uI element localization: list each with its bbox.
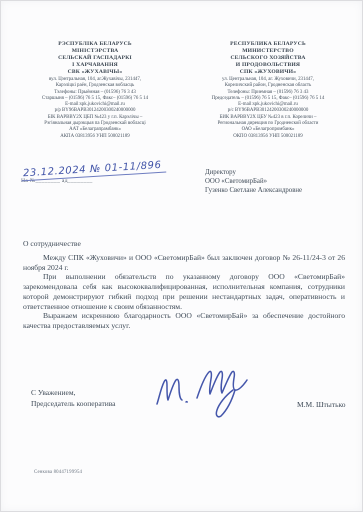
letter-body: Между СПК «Жуховичи» и ООО «СветомирБай»… bbox=[23, 253, 345, 331]
closing-block: С Уважением, Председатель кооператива bbox=[31, 388, 116, 409]
letterhead-title-line: СЕЛЬСКАЙ ГАСПАДАРКІ bbox=[13, 55, 177, 62]
letterhead-title-line: МИНИСТЕРСТВО bbox=[186, 48, 350, 55]
letterhead-detail-line: АКПА 03813956 УНП 500021189 bbox=[13, 134, 177, 140]
letterhead-title-line: И ПРОДОВОЛЬСТВИЯ bbox=[186, 62, 350, 69]
letterhead-right: РЕСПУБЛИКА БЕЛАРУСЬ МИНИСТЕРСТВО СЕЛЬСКО… bbox=[186, 41, 350, 140]
body-paragraph: Выражаем искреннюю благодарность ООО «Св… bbox=[23, 311, 345, 330]
letterhead-title-line: СПК «ЖУХОВИЧИ» bbox=[186, 69, 350, 76]
addressee-person: Гузенко Светлане Александровне bbox=[205, 187, 357, 196]
subject-line: О сотрудничестве bbox=[23, 239, 81, 248]
letterhead-right-details: ул. Центральная, 104, аг. Жуховичи, 2314… bbox=[186, 77, 350, 140]
closing-line: Председатель кооператива bbox=[31, 399, 116, 410]
letter-page: РЭСПУБЛІКА БЕЛАРУСЬ МІНІСТЭРСТВА СЕЛЬСКА… bbox=[0, 0, 363, 512]
letterhead-title-line: І ХАРЧАВАННЯ bbox=[13, 62, 177, 69]
letterhead-detail-line: ОКПО 03813956 УНП 500021189 bbox=[186, 134, 350, 140]
letterhead-left-title: РЭСПУБЛІКА БЕЛАРУСЬ МІНІСТЭРСТВА СЕЛЬСКА… bbox=[13, 41, 177, 76]
handwritten-signature bbox=[149, 358, 261, 420]
letterhead-left: РЭСПУБЛІКА БЕЛАРУСЬ МІНІСТЭРСТВА СЕЛЬСКА… bbox=[13, 41, 177, 140]
executor-contact: Сенкова 80447199954 bbox=[34, 470, 82, 475]
addressee-company: ООО «СветомирБай» bbox=[205, 178, 357, 187]
body-paragraph: При выполнении обязательств по указанном… bbox=[23, 272, 345, 311]
letterhead: РЭСПУБЛІКА БЕЛАРУСЬ МІНІСТЭРСТВА СЕЛЬСКА… bbox=[13, 41, 350, 140]
letterhead-left-details: вул. Цэнтральная, 104, аг.Жухавічы, 2314… bbox=[13, 77, 177, 140]
letterhead-title-line: РЭСПУБЛІКА БЕЛАРУСЬ bbox=[13, 41, 177, 48]
letterhead-title-line: СЕЛЬСКОГО ХОЗЯЙСТВА bbox=[186, 55, 350, 62]
signer-name: М.М. Штытько bbox=[297, 400, 346, 409]
closing-line: С Уважением, bbox=[31, 388, 116, 399]
letterhead-title-line: МІНІСТЭРСТВА bbox=[13, 48, 177, 55]
letterhead-right-title: РЕСПУБЛИКА БЕЛАРУСЬ МИНИСТЕРСТВО СЕЛЬСКО… bbox=[186, 41, 350, 76]
reference-block: 23.12.2024 № 01-11/896 На №________ ад__… bbox=[21, 159, 176, 184]
addressee-role: Директору bbox=[205, 169, 357, 178]
letterhead-title-line: РЕСПУБЛИКА БЕЛАРУСЬ bbox=[186, 41, 350, 48]
body-paragraph: Между СПК «Жуховичи» и ООО «СветомирБай»… bbox=[23, 253, 345, 272]
letterhead-title-line: СВК «ЖУХАВІЧЫ» bbox=[13, 69, 177, 76]
addressee-block: Директору ООО «СветомирБай» Гузенко Свет… bbox=[205, 169, 357, 195]
